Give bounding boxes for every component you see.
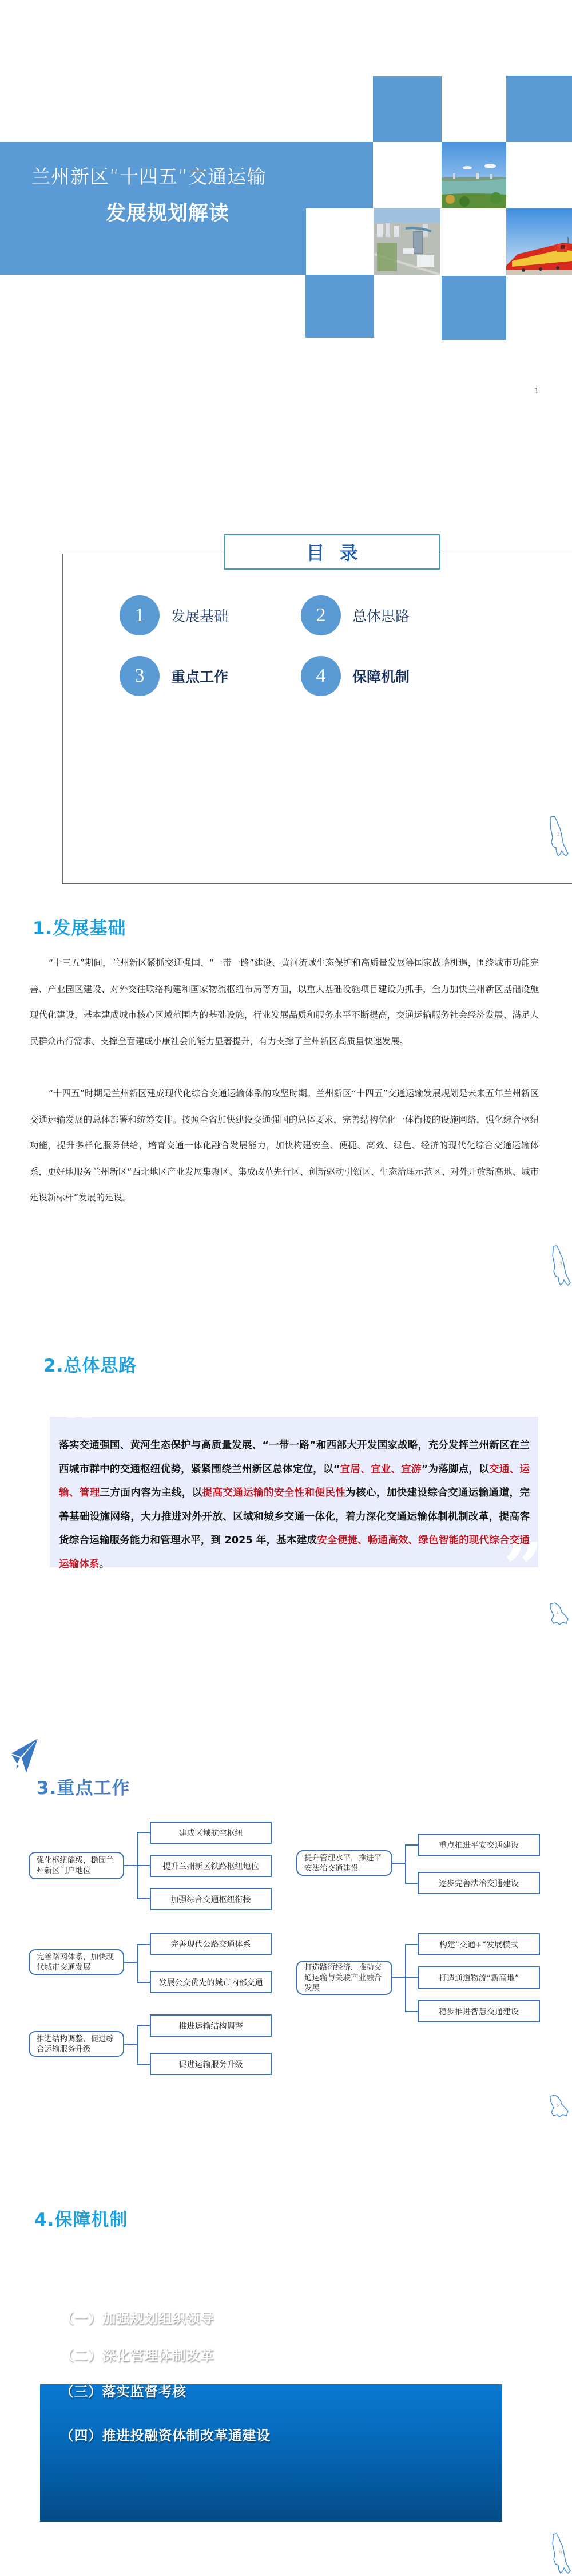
paper-plane-icon [10, 1737, 39, 1775]
toc-item-4[interactable]: 4 保障机制 [301, 656, 410, 696]
toc-number-circle: 4 [301, 656, 341, 696]
mindmap-root: 推进结构调整，促进综合运输服务升级 [29, 2031, 124, 2057]
svg-text:5: 5 [557, 2104, 559, 2108]
toc-heading: 目录 [306, 539, 372, 565]
paragraph: “十四五”时期是兰州新区建成现代化综合交通运输体系的攻坚时期。兰州新区“十四五”… [30, 1081, 539, 1211]
section-title: 1.发展基础 [33, 914, 126, 939]
connector [137, 1865, 150, 1866]
mindmap-root-label: 完善路网体系，加快现代城市交通发展 [37, 1952, 116, 1973]
quote-highlight: 宜居、宜业、宜游 [340, 1464, 421, 1475]
connector [137, 1982, 150, 1983]
toc-item-3[interactable]: 3 重点工作 [120, 656, 228, 696]
page-marker-map-icon: 4 [549, 1602, 569, 1627]
paragraph-text: “十四五”时期是兰州新区建成现代化综合交通运输体系的攻坚时期。兰州新区“十四五”… [30, 1088, 539, 1203]
svg-text:2: 2 [557, 832, 560, 837]
toc-item-1[interactable]: 1 发展基础 [120, 595, 228, 635]
connector [137, 2025, 150, 2026]
toc-item-label: 重点工作 [171, 666, 228, 686]
cover-subtitle: 发展规划解读 [106, 197, 229, 226]
guarantee-item: （三）落实监督考核 [60, 2380, 186, 2400]
connector [405, 1944, 418, 1945]
connector [137, 2064, 150, 2065]
mindmap-root-label: 强化枢纽能级，稳固兰州新区门户地位 [37, 1855, 116, 1876]
paragraph-text: “十三五”期间，兰州新区紧抓交通强国、“一带一路”建设、黄河流域生态保护和高质量… [30, 958, 539, 1046]
connector [124, 1865, 137, 1866]
connector [137, 2025, 138, 2064]
connector [392, 1863, 406, 1864]
connector [137, 1944, 138, 1982]
page-marker-map-icon: 6 [551, 2533, 571, 2574]
svg-text:6: 6 [559, 2549, 562, 2554]
quote-segment: ”为落脚点，以 [422, 1464, 489, 1475]
lake-cityscape-photo [442, 142, 506, 208]
guarantee-item: （四）推进投融资体制改革通建设 [60, 2424, 271, 2444]
paragraph: “十三五”期间，兰州新区紧抓交通强国、“一带一路”建设、黄河流域生态保护和高质量… [30, 950, 539, 1054]
guarantee-item: （二）深化管理体制改革 [60, 2344, 214, 2364]
guarantee-item: （一）加强规划组织领导 [60, 2307, 214, 2327]
toc-number-circle: 3 [120, 656, 160, 696]
mindmap-leaf: 打造通道物流“新高地” [418, 1966, 540, 1989]
mindmap-leaf: 促进运输服务升级 [150, 2053, 272, 2075]
connector [405, 1977, 418, 1978]
connector [124, 1962, 137, 1963]
connector [405, 1844, 406, 1883]
toc-item-label: 保障机制 [352, 666, 410, 686]
quote-segment: 。 [99, 1559, 109, 1570]
connector [124, 2044, 137, 2045]
mindmap-leaf: 稳步推进智慧交通建设 [418, 2000, 540, 2022]
section-title: 3.重点工作 [37, 1773, 130, 1799]
connector [405, 1883, 418, 1884]
page-marker-map-icon: 2 [549, 816, 569, 857]
cover-block [506, 76, 572, 142]
connector [405, 1844, 418, 1846]
mindmap-leaf: 建成区域航空枢纽 [150, 1822, 272, 1844]
connector [137, 1944, 150, 1945]
toc-number-circle: 2 [301, 595, 341, 635]
mindmap-root-label: 打造路衍经济，推动交通运输与关联产业融合发展 [304, 1962, 384, 1993]
toc-item-2[interactable]: 2 总体思路 [301, 595, 410, 635]
guarantee-panel [40, 2384, 502, 2522]
page-marker-map-icon: 3 [551, 1245, 571, 1286]
svg-text:3: 3 [559, 1261, 562, 1266]
mindmap-root: 完善路网体系，加快现代城市交通发展 [29, 1949, 124, 1975]
toc-heading-box: 目录 [224, 534, 440, 570]
mindmap-leaf: 逐步完善法治交通建设 [418, 1872, 540, 1894]
mindmap-leaf: 构建“交通+”发展模式 [418, 1933, 540, 1955]
cover-block [373, 76, 442, 142]
connector [137, 1898, 150, 1899]
mindmap-leaf: 提升兰州新区铁路枢纽地位 [150, 1855, 272, 1877]
page-number: 1 [534, 387, 539, 396]
mindmap-root: 提升管理水平，推进平安法治交通建设 [296, 1850, 392, 1876]
connector [405, 2011, 418, 2012]
mindmap-root: 打造路衍经济，推动交通运输与关联产业融合发展 [296, 1961, 392, 1995]
mindmap-leaf: 推进运输结构调整 [150, 2014, 272, 2037]
quote-highlight: 提高交通运输的安全性和便民性 [202, 1487, 346, 1499]
cover-block [442, 276, 506, 340]
freight-locomotive-photo [506, 208, 572, 275]
section-title: 4.保障机制 [34, 2205, 128, 2231]
toc-item-label: 发展基础 [171, 605, 228, 626]
svg-text:4: 4 [557, 1611, 559, 1615]
cover-title: 兰州新区“十四五”交通运输 [31, 162, 329, 189]
mindmap-leaf: 加强综合交通枢纽衔接 [150, 1888, 272, 1910]
section-title: 2.总体思路 [43, 1351, 137, 1377]
quote-text: 落实交通强国、黄河生态保护与高质量发展、“一带一路”和西部大开发国家战略，充分发… [59, 1434, 530, 1577]
toc-item-label: 总体思路 [352, 605, 410, 626]
mindmap-root-label: 提升管理水平，推进平安法治交通建设 [304, 1853, 384, 1874]
connector [392, 1977, 406, 1978]
mindmap-leaf: 完善现代公路交通体系 [150, 1933, 272, 1955]
mindmap-root-label: 推进结构调整，促进综合运输服务升级 [37, 2034, 116, 2055]
page-marker-map-icon: 5 [549, 2094, 569, 2119]
toc-number-circle: 1 [120, 595, 160, 635]
aerial-city-photo [374, 208, 440, 275]
cover-block [305, 275, 374, 338]
connector [137, 1832, 150, 1833]
mindmap-leaf: 发展公交优先的城市内部交通 [150, 1971, 272, 1993]
mindmap-leaf: 重点推进平安交通建设 [418, 1834, 540, 1856]
mindmap-root: 强化枢纽能级，稳固兰州新区门户地位 [29, 1852, 124, 1879]
quote-segment: 三方面内容为主线，以 [100, 1487, 202, 1499]
